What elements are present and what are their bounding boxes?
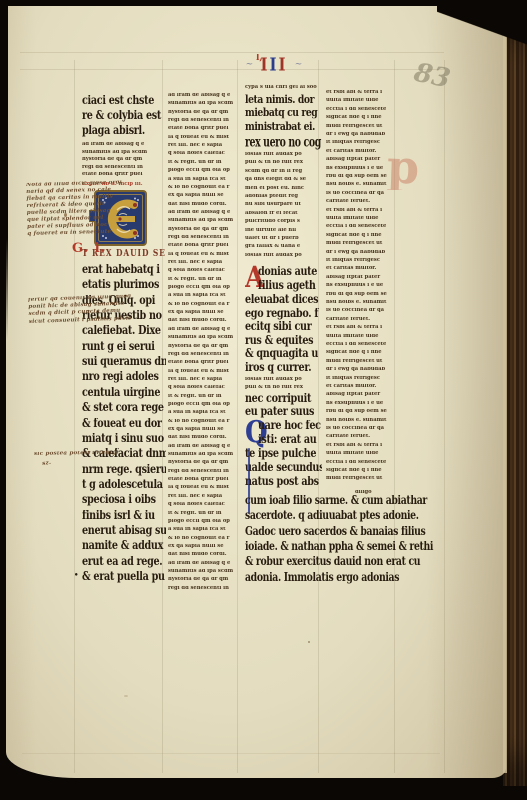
gloss-line: etate bona qritr puel — [168, 243, 236, 248]
bible-text-line: ecitq sibi cur — [245, 321, 322, 333]
gloss-line: ex qa sapia nulli se — [168, 193, 236, 198]
gloss-line: abisag itptat pater — [326, 392, 398, 397]
folio-number-pencil: 83 — [412, 60, 453, 93]
bible-text-line: ioiade. & nathan ppha & semei & rethi — [245, 541, 451, 553]
running-title-numeral: I — [279, 55, 288, 76]
gloss-line: scdm qd dr in li reg — [245, 169, 322, 174]
gloss-line: ad lram de abisag q e — [168, 561, 236, 566]
title-flourish-left: ~ — [246, 59, 254, 71]
gloss-line: ecctia i dd senescete — [326, 107, 398, 112]
line-bullet: • — [74, 571, 78, 578]
bible-text-line: erat habebatq i — [82, 264, 166, 276]
gloss-line: it iniqtas refrigesc — [326, 376, 398, 381]
gloss-line: pulcritudo corpis s — [245, 219, 322, 224]
gloss-line: is uo coccinea dr qa — [326, 191, 398, 196]
faint-red-letter: p — [387, 144, 419, 190]
bible-text-line: sacerdote. q adiuuabat ptes adonie. — [245, 510, 451, 522]
marginal-note-line: sz. — [42, 461, 52, 469]
bible-text-line: nro regi adoles — [82, 371, 166, 383]
ruling-line — [20, 69, 444, 70]
gloss-line: a sua in sapia fca st — [168, 177, 236, 182]
gloss-line: absalon fr ei fecat — [245, 211, 322, 216]
bible-text-line: namite & addux — [82, 540, 166, 552]
marginal-gloss-upper: Nota ad illud dicit glosa ordinaria qd d… — [26, 180, 124, 238]
gloss-line: ex qa sapia nulli se — [168, 427, 236, 432]
gloss-line: it iniqtas refrigesc — [326, 258, 398, 263]
gloss-line: regi dd senescenti in — [168, 118, 236, 123]
gloss-line: sunamitis ad ipa scdm — [168, 218, 236, 223]
gloss-line: plogo eccli qm oia op — [168, 285, 236, 290]
gloss-line: qa dns elegit dd & se — [245, 177, 322, 182]
gloss-line: et rsbi abi & terra i — [326, 90, 398, 95]
bible-text-line: plaga abisrl. — [82, 125, 166, 137]
gloss-line: sigficat fide q i fine — [326, 115, 398, 120]
page-edge-highlight — [503, 31, 507, 773]
gloss-line: hystoria de qa dr qm — [168, 110, 236, 115]
gloss-line: uulta imitate uide — [326, 451, 398, 456]
gloss-line: ad lram de abisag q e — [168, 444, 236, 449]
gloss-line: uulta imitate uide — [326, 216, 398, 221]
ruling-line — [20, 52, 444, 53]
gloss-line: regi dd senescenti in — [82, 165, 166, 170]
gloss-line: hystoria de qa dr qm — [168, 227, 236, 232]
gloss-line: cypa s uia chrl gel ai soo — [245, 85, 322, 90]
gloss-line: q sola hoies calefac — [168, 151, 236, 156]
gloss-line: etate bona qritr puel — [168, 126, 236, 131]
bible-text-line: centula uirgine — [82, 387, 166, 399]
gloss-line: & io no cognouit ea r — [168, 536, 236, 541]
gloss-line: ualet ut dr i puerb — [245, 236, 322, 241]
gloss-line: ns exsupfluus i e ue — [326, 401, 398, 406]
gloss-line: it & regit. un dr in — [168, 394, 236, 399]
dark-edge-left — [0, 0, 8, 340]
gloss-line: hystoria de qa dr qm — [168, 344, 236, 349]
bible-text-line: donias aute — [258, 266, 322, 278]
gloss-line: sigficat fide q i fine — [326, 233, 398, 238]
gloss-line: dr i ewg qa habudab — [326, 367, 398, 372]
gloss-line: et rsbi abi & terra i — [326, 443, 398, 448]
bible-text-line: filius ageth — [258, 280, 322, 292]
gloss-line: caritate feruet. — [326, 434, 398, 439]
gloss-line: et caritas multor. — [326, 266, 398, 271]
gloss-line: ex qa sapia nulli se — [168, 544, 236, 549]
gloss-line: ine uirtute aie nil — [245, 228, 322, 233]
bible-text-line: iros q currer. — [245, 362, 322, 374]
gloss-line: mudi refrigescet ut — [326, 359, 398, 364]
gloss-line: plogo eccli qm oia op — [168, 402, 236, 407]
bible-text-line: & qnquagita u — [245, 348, 322, 360]
gloss-line: et rsbi abi & terra i — [326, 208, 398, 213]
gloss-line: dat nisi mudo cordi. — [168, 318, 236, 323]
gloss-line: nu sibi usurpare ut — [245, 202, 322, 207]
gloss-line: mudi refrigescet ut — [326, 241, 398, 246]
bible-text-line: & robur exercitus dauid non erat cu — [245, 556, 451, 568]
bible-text-line: & erat puella pu — [82, 571, 166, 583]
gloss-line: et caritas multor. — [326, 384, 398, 389]
gloss-line: puli & tn no fuit rex — [245, 385, 322, 390]
bible-text-line: eu pater suus — [245, 406, 322, 418]
gloss-line: & io no cognouit ea r — [168, 302, 236, 307]
bible-text-line: cum ioab filio sarme. & cum abiathar — [245, 495, 451, 507]
gloss-line: a sua in sapia fca st — [168, 293, 236, 298]
gloss-line: it & regit. un dr in — [168, 277, 236, 282]
bible-text-line: sui queramus dno — [82, 356, 166, 368]
bible-text-line: nrm rege. qsieru — [82, 464, 166, 476]
parchment-page: ~ III ~ 83 E — [6, 5, 506, 778]
bible-text-line: t g adolescetula — [82, 479, 166, 491]
gloss-line: iosias fuit audax po — [245, 253, 322, 258]
ruling-line — [74, 60, 75, 773]
gloss-line: caritate feruet. — [326, 199, 398, 204]
marginal-note-line: l, — [256, 54, 263, 63]
bible-text-line: erut ea ad rege. — [82, 556, 166, 568]
gloss-line: gra fallax & uana e — [245, 244, 322, 249]
marginal-note-line: p — [387, 144, 419, 190]
title-flourish-right: ~ — [295, 59, 303, 71]
gloss-line: ecctia i dd senescete — [326, 460, 398, 465]
ruling-line — [237, 60, 238, 773]
gloss-line: hystoria de qa dr qm — [168, 460, 236, 465]
gloss-line: etate bona qritr puel — [168, 477, 236, 482]
gloss-line: hystoria de qa dr qm — [82, 157, 166, 162]
gloss-line: sunamitis ad ipa scdm — [82, 150, 166, 155]
gloss-line: ret illi. hec e sapia — [168, 494, 236, 499]
gloss-line: ret illi. hec e sapia — [168, 377, 236, 382]
bible-text-line: etatis plurimos — [82, 279, 166, 291]
gloss-line: ad lram de abisag q e — [168, 327, 236, 332]
gloss-line: uulta imitate uide — [326, 98, 398, 103]
gloss-line: nsu hoibs e. sunamit — [326, 418, 398, 423]
red-tick: l, — [256, 54, 263, 63]
bible-text-line: leta nimis. dor — [245, 94, 322, 106]
bible-text-line: finibs isrl & iu — [82, 510, 166, 522]
bible-text-line: enerut abisag su — [82, 525, 166, 537]
marginal-note-line: G. i. — [72, 242, 106, 256]
gloss-line: is uo coccinea dr qa — [326, 426, 398, 431]
bible-text-line: Gadoc uero sacerdos & banaias filius — [245, 526, 451, 538]
bible-text-line: miebatq cu reg — [245, 107, 322, 119]
bible-text-line: isti: erat au — [258, 434, 322, 446]
marginal-gloss-lower: sic postea potest intelligi — [34, 451, 119, 459]
bible-text-line: ciaci est chste — [82, 95, 166, 107]
gloss-line: ad lram de abisag q e — [82, 142, 166, 147]
gloss-line: mudi refrigescet ut — [326, 476, 398, 481]
manuscript-photo: ~ III ~ 83 E — [0, 0, 527, 800]
gloss-line: dr i ewg qa habudab — [326, 132, 398, 137]
bible-text-line: nec corripuit — [245, 393, 322, 405]
gloss-line: it & regit. un dr in — [168, 160, 236, 165]
gloss-line: regi dd senescenti in — [168, 469, 236, 474]
gloss-line: sigficat fide q i fine — [326, 468, 398, 473]
gloss-line: plogo eccli qm oia op — [168, 519, 236, 524]
gloss-line: sunamitis ad ipa scdm — [168, 101, 236, 106]
gloss-line: la q foueat eu & mist — [168, 252, 236, 257]
running-title-numeral: I — [269, 55, 278, 76]
gloss-line: ad lram de abisag q e — [168, 93, 236, 98]
ink-speck — [308, 641, 310, 643]
gloss-line: ret illi. hec e sapia — [168, 260, 236, 265]
gloss-line: mudi refrigescet ut — [326, 124, 398, 129]
gloss-line: q sola hoies calefac — [168, 502, 236, 507]
bible-text-line: & foueat eu dor — [82, 418, 166, 430]
gloss-line: regi dd senescenti in — [168, 352, 236, 357]
gloss-line: la q foueat eu & mist — [168, 369, 236, 374]
chapter-mark: G. i. — [72, 242, 106, 256]
gloss-line: a sua in sapia fca st — [168, 527, 236, 532]
gloss-line: q sola hoies calefac — [168, 385, 236, 390]
bible-text-line: calefiebat. Dixe — [82, 325, 166, 337]
marginal-note-line: sic postea potest intelligi — [34, 451, 119, 459]
gloss-line: ecctia i dd senescete — [326, 342, 398, 347]
bible-text-line: miatq i sinu suo — [82, 433, 166, 445]
gloss-line: etate bona qritr puel — [168, 360, 236, 365]
gloss-line: it & regit. un dr in — [168, 511, 236, 516]
ruling-line — [444, 60, 445, 773]
ink-speck — [124, 695, 128, 697]
bible-text-line: ego regnabo. f — [245, 308, 322, 320]
dark-corner-top-right — [437, 0, 527, 52]
bible-text-line: ministrabat ei. — [245, 121, 322, 133]
marginal-flourish: sz. — [42, 461, 52, 469]
bible-text-line: eleuabat dices — [245, 294, 322, 306]
gloss-line: plogo eccli qm oia op — [168, 168, 236, 173]
gloss-line: ret illi. hec e sapia — [168, 143, 236, 148]
gloss-line: dat nisi mudo cordi. — [168, 552, 236, 557]
gloss-line: & io no cognouit ea r — [168, 419, 236, 424]
bible-text-line: rus & equites — [245, 335, 322, 347]
running-title: ~ III ~ — [244, 57, 304, 74]
gloss-line: etate bona qritr puel — [82, 172, 166, 177]
bible-text-line: adonia. Immolatis ergo adonias — [245, 572, 451, 584]
gloss-line: la q foueat eu & mist — [168, 135, 236, 140]
gloss-line: ex qa sapia nulli se — [168, 310, 236, 315]
gloss-line: la q foueat eu & mist — [168, 485, 236, 490]
gloss-line: sunamitis ad ipa scdm — [168, 569, 236, 574]
bible-text-line: te ipse pulche — [245, 448, 322, 460]
gloss-line: ns exsupfluus i e ue — [326, 283, 398, 288]
gloss-line: uulta imitate uide — [326, 334, 398, 339]
gloss-line: regi dd senescenti in — [168, 586, 236, 591]
bible-text-line: runt g ei serui — [82, 341, 166, 353]
dark-edge-top — [0, 0, 527, 6]
gloss-line: rbu di qd sup oem se — [326, 292, 398, 297]
gloss-line: hystoria de qa dr qm — [168, 577, 236, 582]
gloss-line: men ei post eu. hinc — [245, 186, 322, 191]
gloss-line: caritate feruet. — [326, 317, 398, 322]
bible-text-line: natus post abs — [245, 476, 322, 488]
gloss-line: sunamitis ad ipa scdm — [168, 335, 236, 340]
gloss-line: q sola hoies calefac — [168, 268, 236, 273]
marginal-gloss-middle: fertur qd couenit ad illud quodponit hic… — [28, 294, 132, 326]
bible-text-line: speciosa i oibs — [82, 494, 166, 506]
gloss-line: abisag itptat pater — [326, 275, 398, 280]
gloss-line: & io no cognouit ea r — [168, 185, 236, 190]
gloss-line: dr i ewg qa habudab — [326, 250, 398, 255]
gloss-line: sigficat fide q i fine — [326, 350, 398, 355]
gloss-line: puli & tn no fuit rex — [245, 160, 322, 165]
gloss-line: iosias fuit audax po — [245, 377, 322, 382]
gloss-line: dat nisi mudo cordi. — [168, 435, 236, 440]
gloss-line: iosias fuit audax po — [245, 152, 322, 157]
gloss-line: is uo coccinea dr qa — [326, 308, 398, 313]
bible-text-line: re & colybia est — [82, 110, 166, 122]
gloss-line: ecctia i dd senescete — [326, 224, 398, 229]
bible-text-line: ualde secundus — [245, 462, 322, 474]
gloss-line: adonias ptedit reg — [245, 194, 322, 199]
gloss-line: nsu hoibs e. sunamit — [326, 300, 398, 305]
gloss-line: ad lram de abisag q e — [168, 210, 236, 215]
gloss-line: a sua in sapia fca st — [168, 410, 236, 415]
bible-text-line: rex uero no cog — [245, 136, 322, 150]
gloss-line: et rsbi abi & terra i — [326, 325, 398, 330]
gloss-line: sunamitis ad ipa scdm — [168, 452, 236, 457]
gloss-line: regi dd senescenti in — [168, 235, 236, 240]
bible-text-line: & stet cora rege — [82, 402, 166, 414]
gloss-line: rbu di qd sup oem se — [326, 409, 398, 414]
ruling-line — [22, 753, 440, 754]
marginal-note-line: • — [74, 571, 78, 578]
gloss-line: dat nisi mudo cordi. — [168, 202, 236, 207]
bible-text-line: uare hoc fec — [258, 420, 322, 432]
